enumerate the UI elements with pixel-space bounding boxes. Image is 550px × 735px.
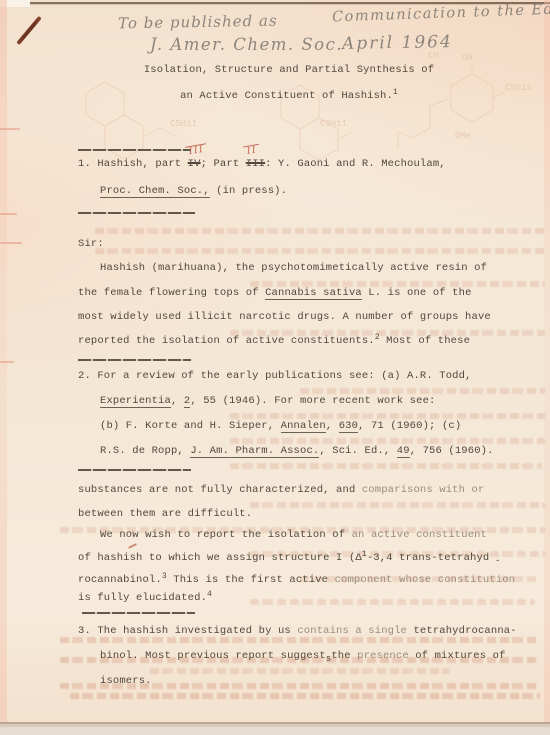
text-segment: , 756 (1960). [410, 445, 494, 457]
footnote2-line-3: (b) F. Korte and H. Sieper, Annalen, 630… [100, 420, 461, 433]
text-segment: 630 [339, 420, 358, 433]
typed-rule [78, 359, 191, 361]
text-segment: -3,4 trans-tetrahyd [367, 552, 490, 564]
text-segment: : Y. Gaoni and R. Mechoulam, [265, 158, 446, 170]
text-segment: presence [357, 650, 409, 662]
text-segment: 2 [375, 333, 380, 342]
text-segment: Experientia [100, 395, 171, 408]
footnote2-line-2: Experientia, 2, 55 (1946). For more rece… [100, 395, 435, 408]
edge-mark [0, 361, 14, 363]
text-segment: comparisons with or [362, 484, 485, 496]
text-segment: of hashish to which we assign structure … [78, 552, 362, 564]
paragraph3-line-3: rocannabinol.3 This is the first active … [78, 574, 515, 587]
text-segment: binol. Most previous report suggest [100, 650, 326, 662]
text-segment: component whose constitution [335, 574, 516, 586]
title-line-2: an Active Constituent of Hashish.1 [14, 90, 550, 103]
text-segment: 3. The hashish investigated by us [78, 625, 297, 637]
text-segment: is fully elucidated. [78, 592, 207, 604]
text-segment: Isolation, Structure and Partial Synthes… [144, 64, 434, 76]
handwritten-note-to-be-published: To be published as [118, 12, 278, 33]
footnote2-line-4: R.S. de Ropp, J. Am. Pharm. Assoc., Sci.… [100, 445, 494, 458]
typed-rule [78, 149, 191, 151]
text-segment: J. Am. Pharm. Assoc. [190, 445, 319, 458]
footnote1-line-1: 1. Hashish, part IVIII; Part IIIII: Y. G… [78, 158, 446, 171]
scanned-manuscript-page: OH C5H11 OMe CH C5H11 C5H11 To be publis… [0, 0, 550, 735]
text-segment: , [326, 420, 339, 432]
text-segment: an Active Constituent of Hashish. [180, 90, 393, 102]
text-segment: - [489, 556, 500, 566]
handwritten-note-date: April 1964 [342, 32, 453, 54]
bleedthrough-label-ch: CH [428, 51, 439, 61]
text-segment: IIIII [246, 158, 265, 170]
text-segment: s [326, 654, 332, 664]
text-segment: (in press). [210, 185, 287, 197]
footnote2-line-1: 2. For a review of the early publication… [78, 370, 472, 383]
text-segment: Most of these [380, 335, 470, 347]
text-segment: , 55 (1946). For more recent work see: [190, 395, 435, 407]
text-segment: 49 [397, 445, 410, 458]
text-segment: tetrahydrocanna- [407, 625, 517, 637]
paragraph2-line-1: substances are not fully characterized, … [78, 484, 484, 497]
paragraph3-line-4: is fully elucidated.4 [78, 592, 212, 605]
text-segment: the [331, 650, 357, 662]
text-segment: This is the first active [167, 574, 335, 586]
text-segment: an active constituent [352, 529, 487, 541]
bleedthrough-label-oh: OH [462, 53, 473, 63]
paragraph1-line-1: Hashish (marihuana), the psychotomimetic… [100, 262, 487, 275]
text-segment: , [171, 395, 184, 407]
text-segment: 2. For a review of the early publication… [78, 370, 472, 382]
paragraph1-line-3: most widely used illicit narcotic drugs.… [78, 311, 491, 324]
text-segment: rocannabinol. [78, 574, 162, 586]
text-segment: We now wish to report the isolation of [100, 529, 352, 541]
text-segment: IVIII [188, 158, 201, 170]
paragraph1-line-4: reported the isolation of active constit… [78, 335, 470, 348]
bleedthrough-label-c5h11: C5H11 [320, 119, 347, 129]
text-segment: of mixtures of [409, 650, 506, 662]
text-segment: isomers. [100, 675, 152, 687]
text-segment: 4 [207, 590, 212, 599]
text-segment: 3 [162, 572, 167, 581]
text-segment: most widely used illicit narcotic drugs.… [78, 311, 491, 323]
text-segment: Hashish (marihuana), the psychotomimetic… [100, 262, 487, 274]
paragraph1-line-2: the female flowering tops of Cannabis sa… [78, 287, 472, 300]
text-segment: contains a single [297, 625, 407, 637]
text-segment: reported the isolation of active constit… [78, 335, 375, 347]
text-segment: 1 [362, 550, 367, 559]
edge-mark [0, 242, 22, 244]
footnote1-line-2: Proc. Chem. Soc., (in press). [100, 185, 287, 198]
edge-mark [0, 213, 17, 215]
salutation: Sir: [78, 238, 104, 251]
text-segment: Proc. Chem. Soc., [100, 185, 210, 198]
text-segment: the female flowering tops of [78, 287, 265, 299]
paragraph2-line-2: between them are difficult. [78, 508, 252, 521]
paragraph3-line-2: of hashish to which we assign structure … [78, 552, 501, 565]
text-segment: Sir: [78, 238, 104, 250]
pencil-tick-mark [128, 543, 137, 549]
title-line-1: Isolation, Structure and Partial Synthes… [14, 64, 550, 77]
text-segment: R.S. de Ropp, [100, 445, 190, 457]
text-segment: 1. Hashish, part [78, 158, 188, 170]
text-segment: , 71 (1960); (c) [358, 420, 461, 432]
text-segment: L. is one of the [362, 287, 472, 299]
footnote3-line-2: binol. Most previous report suggeststhe … [100, 650, 506, 663]
scan-bottom-edge [0, 722, 550, 735]
typed-rule [82, 612, 195, 614]
text-segment: 1 [393, 88, 398, 97]
typed-rule [78, 212, 195, 214]
bleedthrough-label-ome: OMe [455, 131, 471, 141]
paragraph3-line-1: We now wish to report the isolation of a… [100, 529, 487, 542]
typed-rule [78, 469, 191, 471]
footnote3-line-3: isomers. [100, 675, 152, 688]
text-segment: , Sci. Ed., [319, 445, 396, 457]
text-segment: substances are not fully characterized, … [78, 484, 362, 496]
handwritten-note-journal: J. Amer. Chem. Soc. [150, 35, 343, 54]
text-segment: ; Part [201, 158, 246, 170]
text-segment: between them are difficult. [78, 508, 252, 520]
text-segment: (b) F. Korte and H. Sieper, [100, 420, 281, 432]
text-segment: Annalen [281, 420, 326, 433]
footnote3-line-1: 3. The hashish investigated by us contai… [78, 625, 517, 638]
bleedthrough-label-c5h11: C5H11 [170, 119, 197, 129]
text-segment: Cannabis sativa [265, 287, 362, 300]
